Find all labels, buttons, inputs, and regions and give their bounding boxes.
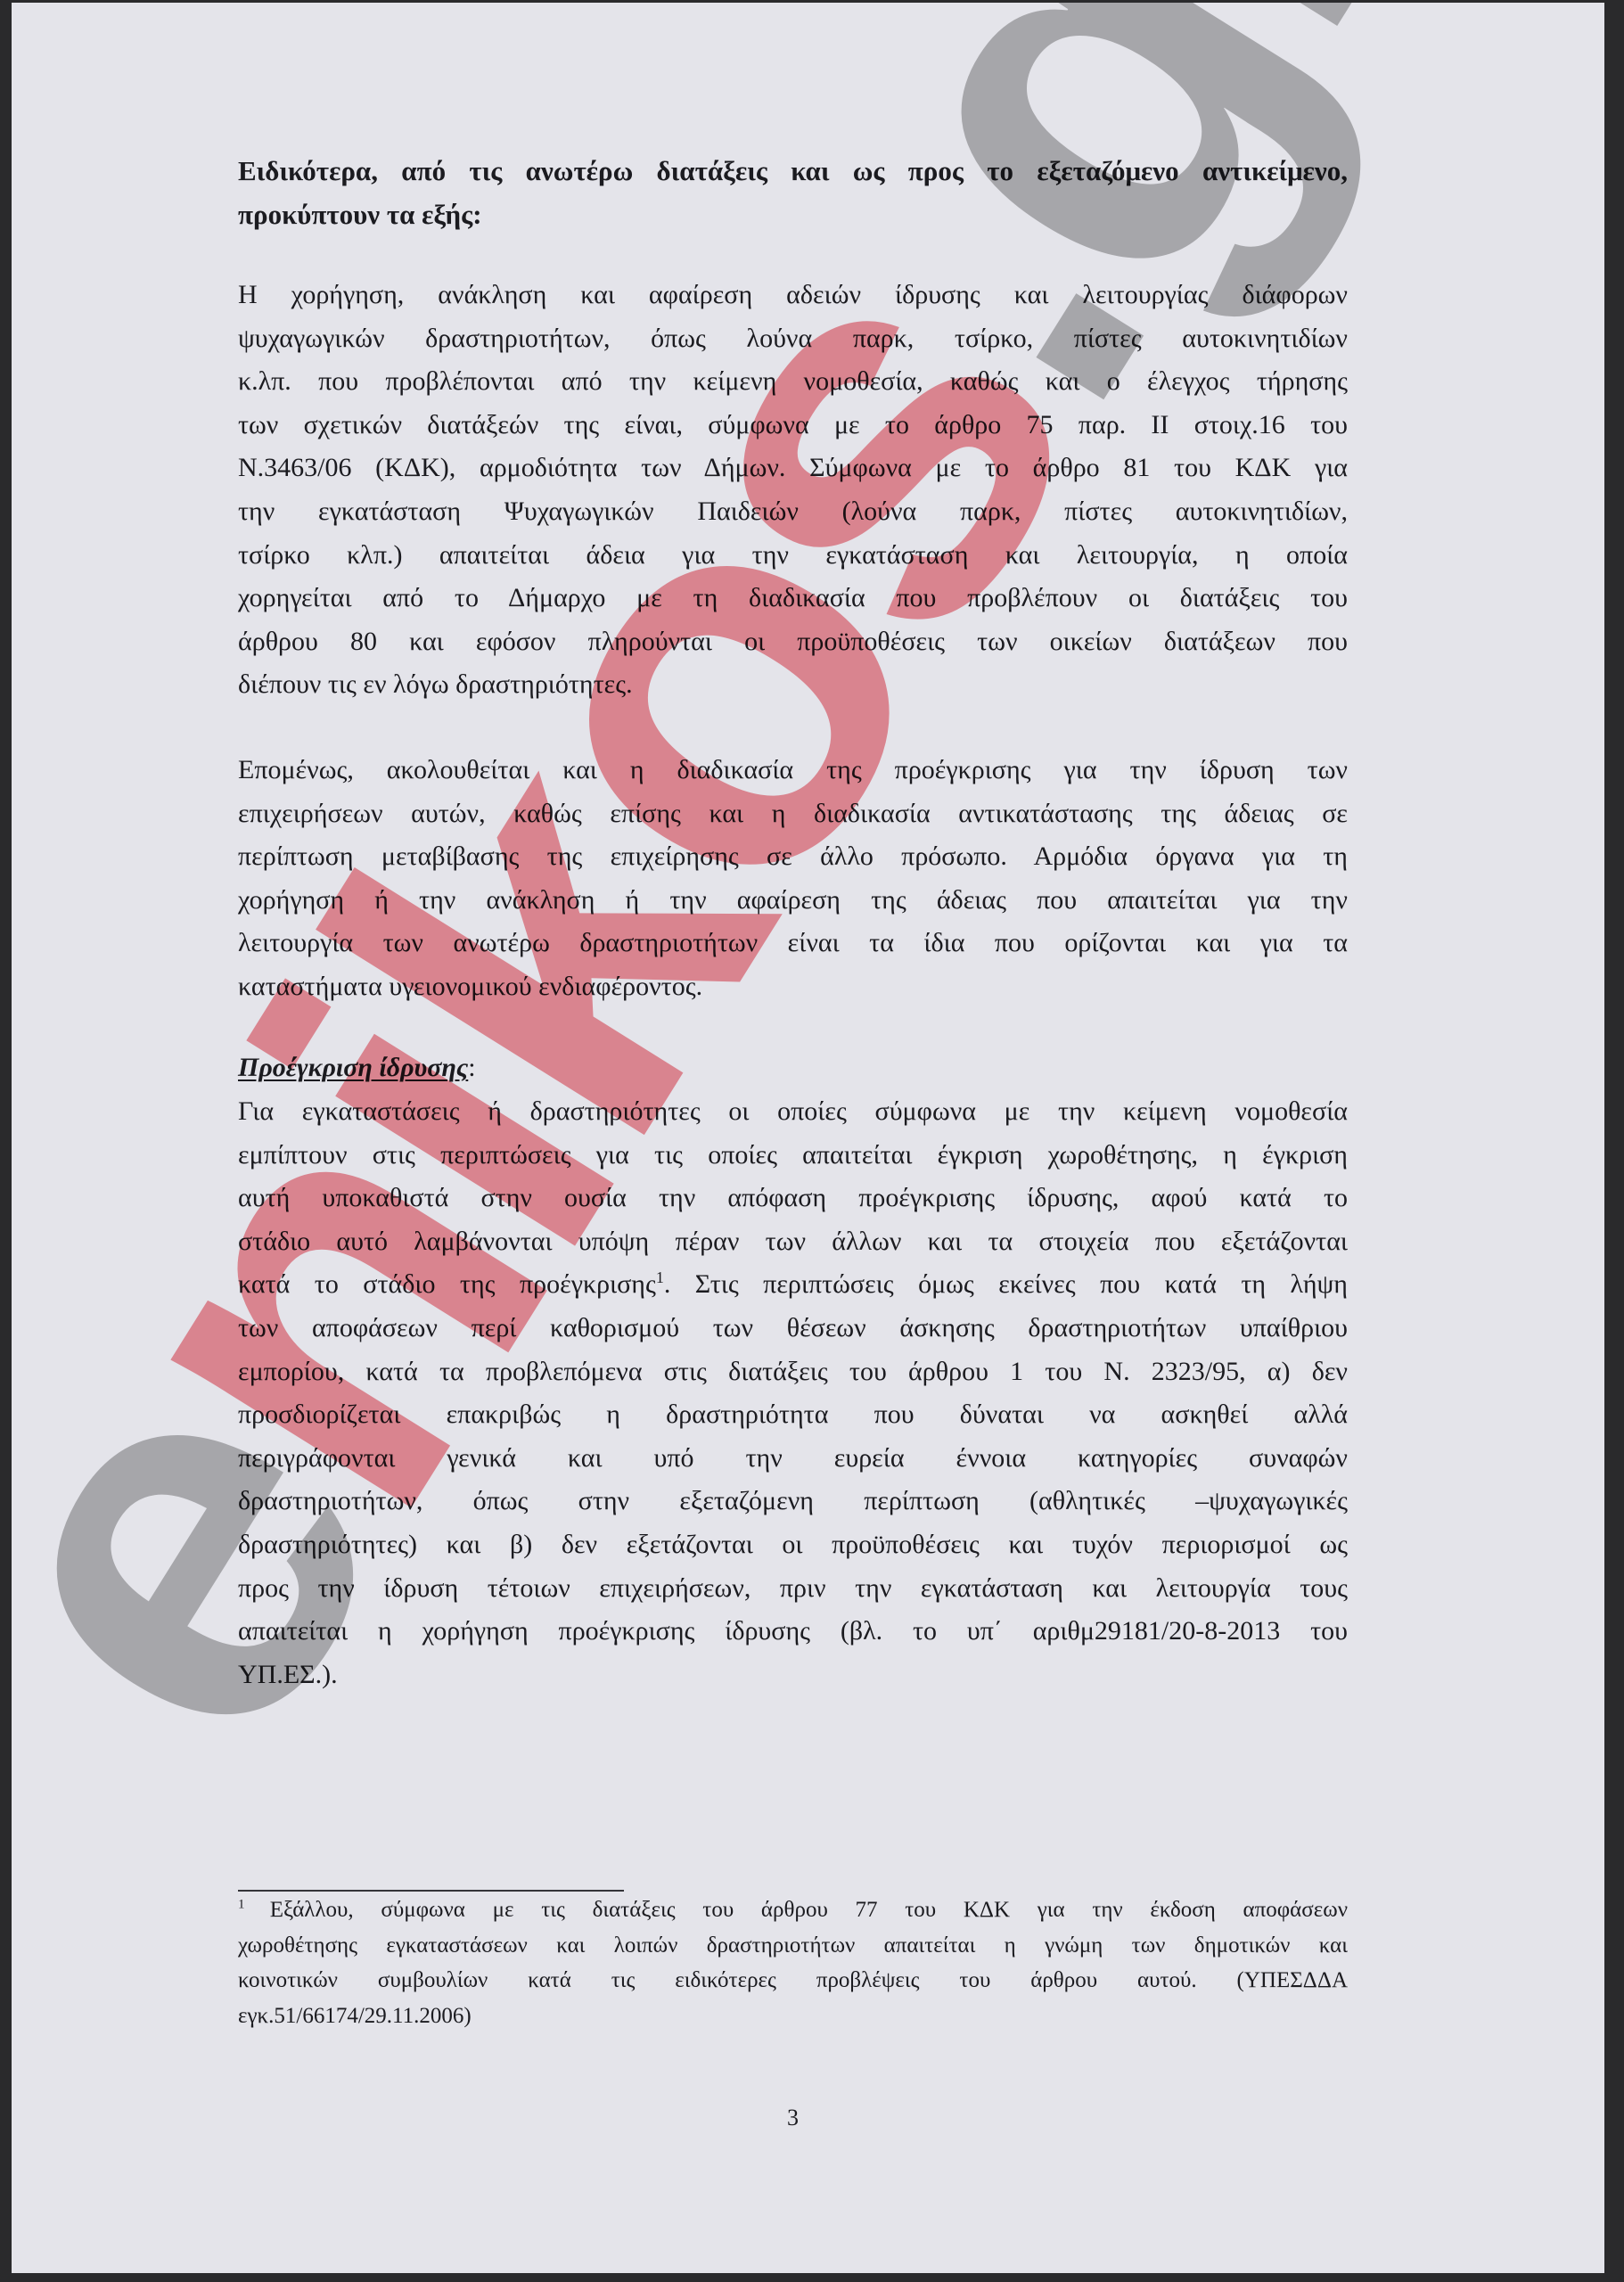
paragraph-line: επιχειρήσεων αυτών, καθώς επίσης και η δ… (238, 798, 1348, 830)
footnote-line: χωροθέτησης εγκαταστάσεων και λοιπών δρα… (238, 1933, 1348, 1959)
page-number: 3 (238, 2105, 1348, 2131)
paragraph-line: Επομένως, ακολουθείται και η διαδικασία … (238, 754, 1348, 786)
paragraph-text: . Στις περιπτώσεις όμως εκείνες που κατά… (664, 1269, 1348, 1299)
paragraph-line: ψυχαγωγικών δραστηριοτήτων, όπως λούνα π… (238, 323, 1348, 355)
paragraph-line: των αποφάσεων περί καθορισμού των θέσεων… (238, 1312, 1348, 1344)
paragraph-line: διέπουν τις εν λόγω δραστηριότητες. (238, 669, 1348, 701)
paragraph-line: Για εγκαταστάσεις ή δραστηριότητες οι οπ… (238, 1096, 1348, 1128)
paragraph-line: Ν.3463/06 (ΚΔΚ), αρμοδιότητα των Δήμων. … (238, 452, 1348, 484)
paragraph-line: εμπίπτουν στις περιπτώσεις για τις οποίε… (238, 1139, 1348, 1171)
paragraph-line: άρθρου 80 και εφόσον πληρούνται οι προϋπ… (238, 626, 1348, 658)
paragraph-line: προς την ίδρυση τέτοιων επιχειρήσεων, πρ… (238, 1572, 1348, 1605)
paragraph-line: λειτουργία των ανωτέρω δραστηριοτήτων εί… (238, 927, 1348, 959)
paragraph-line: καταστήματα υγειονομικού ενδιαφέροντος. (238, 971, 1348, 1003)
footnote-divider (238, 1890, 624, 1892)
paragraph-line: την εγκατάσταση Ψυχαγωγικών Παιδειών (λο… (238, 496, 1348, 528)
paragraph-line: περίπτωση μεταβίβασης της επιχείρησης σε… (238, 841, 1348, 873)
paragraph-line: κατά το στάδιο της προέγκρισης1. Στις πε… (238, 1268, 1348, 1301)
document-page: enikos.gr Ειδικότερα, από τις ανωτέρω δι… (12, 3, 1604, 2273)
paragraph-line: δραστηριότητες) και β) δεν εξετάζονται ο… (238, 1529, 1348, 1561)
paragraph-line: προσδιορίζεται επακριβώς η δραστηριότητα… (238, 1399, 1348, 1431)
paragraph-text: κατά το στάδιο της προέγκρισης (238, 1269, 656, 1299)
paragraph-line: δραστηριοτήτων, όπως στην εξεταζόμενη πε… (238, 1485, 1348, 1517)
paragraph-line: εμπορίου, κατά τα προβλεπόμενα στις διατ… (238, 1356, 1348, 1388)
paragraph-line: απαιτείται η χορήγηση προέγκρισης ίδρυση… (238, 1615, 1348, 1647)
paragraph-line: χορήγηση ή την ανάκληση ή την αφαίρεση τ… (238, 884, 1348, 916)
paragraph-line: ΥΠ.ΕΣ.). (238, 1659, 1348, 1691)
footnote-marker: 1 (238, 1898, 270, 1912)
paragraph-line: στάδιο αυτό λαμβάνονται υπόψη πέραν των … (238, 1226, 1348, 1258)
footnote-line: εγκ.51/66174/29.11.2006) (238, 2003, 1348, 2030)
section-title-line: Προέγκριση ίδρυσης: (238, 1052, 1348, 1084)
intro-heading-line: Ειδικότερα, από τις ανωτέρω διατάξεις κα… (238, 155, 1348, 187)
paragraph-line: Η χορήγηση, ανάκληση και αφαίρεση αδειών… (238, 279, 1348, 311)
intro-heading-line: προκύπτουν τα εξής: (238, 199, 1348, 231)
footnote-text: Εξάλλου, σύμφωνα με τις διατάξεις του άρ… (270, 1898, 1348, 1922)
paragraph-line: αυτή υποκαθιστά στην ουσία την απόφαση π… (238, 1182, 1348, 1214)
footnote-reference[interactable]: 1 (656, 1268, 664, 1286)
svg-text:enikos.gr: enikos.gr (12, 3, 1523, 1839)
paragraph-line: τσίρκο κλπ.) απαιτείται άδεια για την εγ… (238, 539, 1348, 571)
footnote-line: κοινοτικών συμβουλίων κατά τις ειδικότερ… (238, 1967, 1348, 1994)
section-title-colon: : (468, 1053, 475, 1082)
section-title: Προέγκριση ίδρυσης (238, 1053, 468, 1082)
footnote-line: 1 Εξάλλου, σύμφωνα με τις διατάξεις του … (238, 1897, 1348, 1924)
paragraph-line: κ.λπ. που προβλέπονται από την κείμενη ν… (238, 365, 1348, 398)
paragraph-line: των σχετικών διατάξεών της είναι, σύμφων… (238, 409, 1348, 441)
paragraph-line: χορηγείται από το Δήμαρχο με τη διαδικασ… (238, 582, 1348, 614)
paragraph-line: περιγράφονται γενικά και υπό την ευρεία … (238, 1442, 1348, 1474)
